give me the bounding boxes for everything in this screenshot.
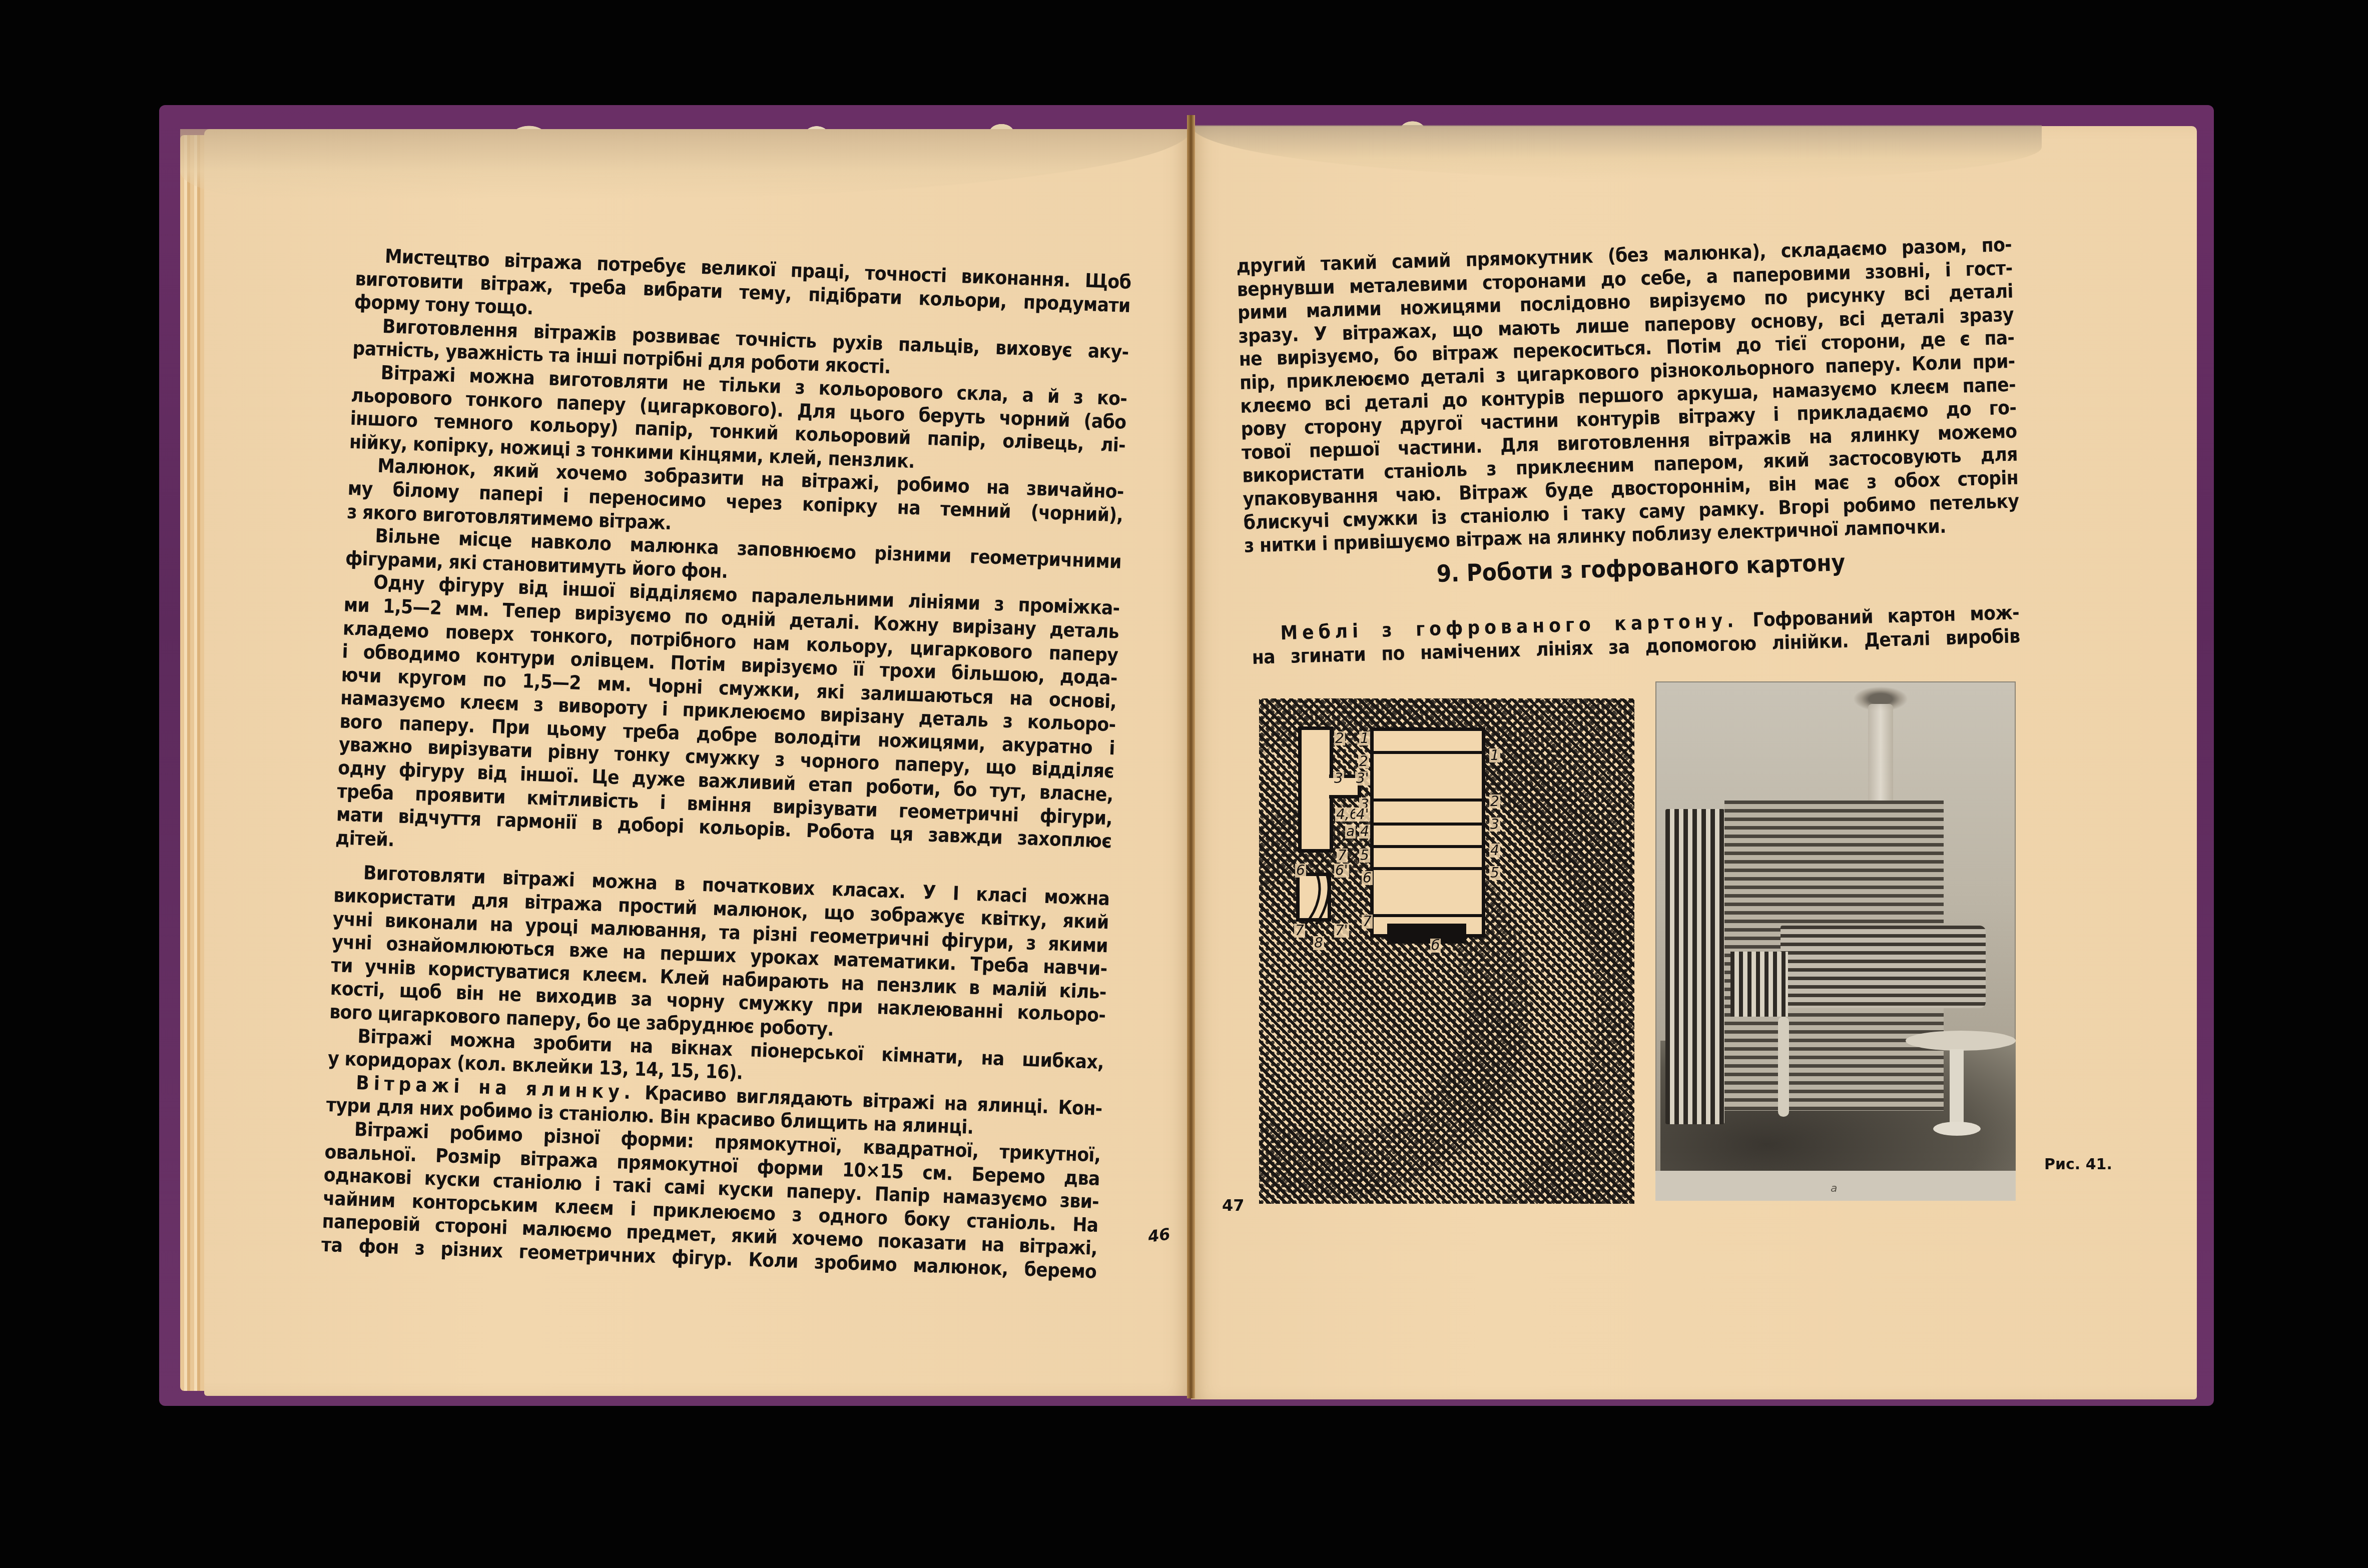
diagram-fold-line bbox=[1374, 845, 1482, 848]
diagram-label: 5 bbox=[1359, 849, 1370, 863]
page-number-right: 47 bbox=[1222, 1196, 1245, 1215]
diagram-label: 4 bbox=[1359, 825, 1370, 839]
diagram-fold-line bbox=[1374, 914, 1482, 917]
right-page-text: другий такий самий прямокутник (без малю… bbox=[1236, 234, 2020, 558]
piano-leg bbox=[1778, 1017, 1789, 1117]
diagram-label: 3 bbox=[1333, 771, 1344, 786]
diagram-label: 4 bbox=[1489, 844, 1500, 858]
diagram-label: 6 bbox=[1362, 871, 1373, 885]
diagram-part-body bbox=[1370, 727, 1485, 938]
diagram-fold-line bbox=[1374, 799, 1482, 802]
diagram-label: 8 bbox=[1313, 936, 1324, 950]
diagram-label: 6 bbox=[1295, 864, 1306, 878]
stool-base bbox=[1933, 1122, 1981, 1136]
book-gutter bbox=[1187, 115, 1195, 1398]
photo-label: а bbox=[1831, 1182, 1837, 1195]
stool-seat bbox=[1906, 1031, 2016, 1051]
diagram-label: 6' bbox=[1334, 864, 1349, 878]
vase-shape bbox=[1868, 704, 1893, 804]
diagram-fold-line bbox=[1374, 751, 1482, 754]
diagram-label: 7 bbox=[1294, 924, 1305, 938]
diagram-label: 2 bbox=[1489, 795, 1500, 809]
figure-diagram-pattern: 2 1 2 3 3' 3 4,6 4' а 4 7 5 6 6' 6 7 7 7… bbox=[1259, 698, 1634, 1204]
diagram-fold-line bbox=[1374, 823, 1482, 826]
piano-side-panel bbox=[1665, 809, 1724, 1124]
diagram-label: 1 bbox=[1489, 748, 1500, 762]
figure-caption: Рис. 41. bbox=[2044, 1156, 2112, 1173]
diagram-label: а bbox=[1345, 825, 1356, 839]
piano-arm bbox=[1730, 952, 1788, 1017]
diagram-label: 2 bbox=[1358, 754, 1369, 768]
diagram-part-side-lower bbox=[1298, 799, 1333, 853]
diagram-fold-line bbox=[1374, 867, 1482, 870]
left-page-text: Мистецтво вітража потребує великої праці… bbox=[321, 244, 1131, 1284]
diagram-label: 4' bbox=[1355, 808, 1370, 822]
diagram-label: 3' bbox=[1355, 771, 1370, 786]
stool-stem bbox=[1950, 1049, 1964, 1129]
diagram-label: 7 bbox=[1362, 915, 1373, 929]
page-number-left: 46 bbox=[1147, 1224, 1171, 1246]
figure-photo-piano: а bbox=[1655, 681, 2016, 1201]
diagram-label: 7 bbox=[1337, 849, 1348, 863]
diagram-label: 1 bbox=[1359, 731, 1370, 745]
diagram-base-cutout bbox=[1387, 924, 1466, 944]
diagram-label: б bbox=[1430, 939, 1441, 953]
diagram-label: 7' bbox=[1334, 924, 1349, 938]
diagram-label: 3 bbox=[1489, 818, 1500, 832]
piano-keyboard-lid bbox=[1781, 926, 1986, 1008]
diagram-label: 5 bbox=[1489, 866, 1500, 880]
diagram-label: 2 bbox=[1334, 731, 1345, 745]
